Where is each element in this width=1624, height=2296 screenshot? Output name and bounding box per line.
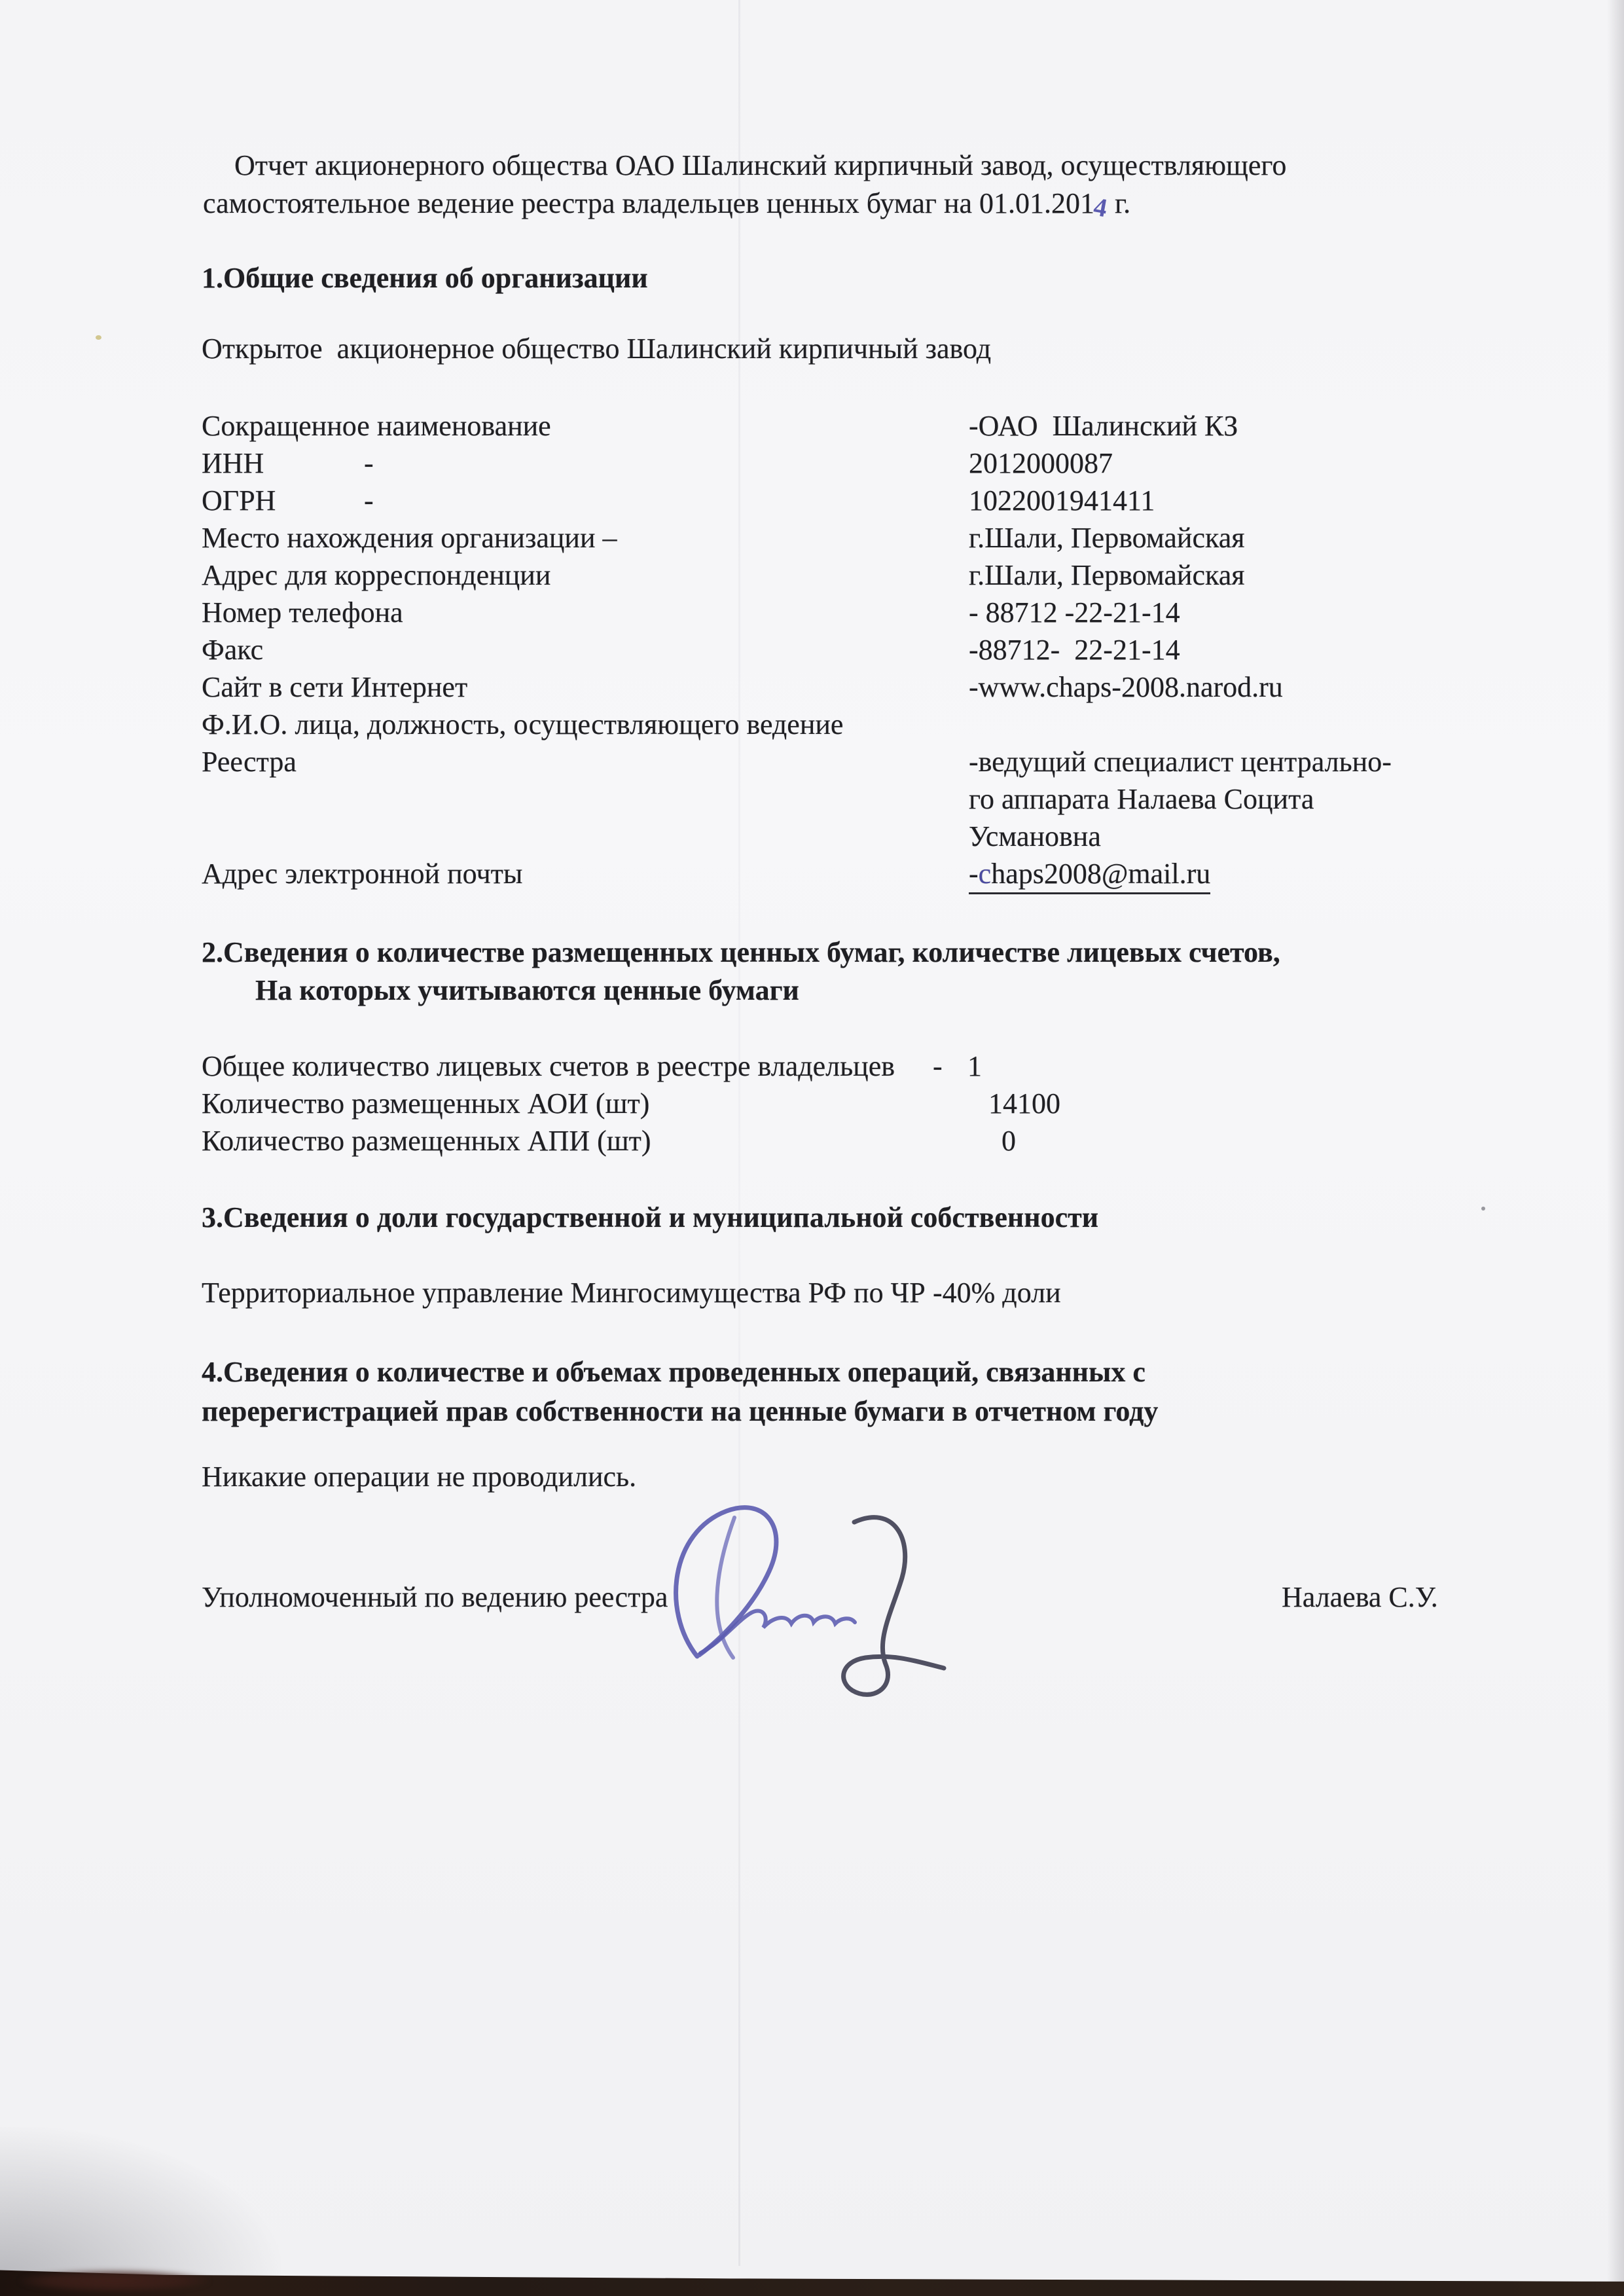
row-value: - 88712 -22-21-14	[969, 594, 1180, 631]
row-value: 2012000087	[969, 445, 1113, 482]
row-value: -ведущий специалист центрально-	[969, 743, 1392, 780]
email-value: -chaps2008@mail.ru	[969, 855, 1210, 892]
scan-speck	[1481, 1207, 1485, 1211]
row-label: Общее количество лицевых счетов в реестр…	[202, 1050, 895, 1082]
scan-speck	[96, 335, 101, 340]
row-label: Количество размещенных АОИ (шт)	[202, 1087, 649, 1120]
table-row: Сайт в сети Интернет -www.chaps-2008.nar…	[202, 668, 1543, 706]
row-dash: -	[364, 445, 374, 482]
section1-heading: 1.Общие сведения об организации	[202, 260, 648, 296]
section4-heading-line2: перерегистрацией прав собственности на ц…	[202, 1393, 1158, 1429]
row-label: ОГРН	[202, 484, 276, 517]
row-value: го аппарата Налаева Социта	[969, 780, 1314, 818]
email-handwritten-mark: c	[979, 858, 992, 890]
row-dash: -	[364, 482, 374, 519]
row-value: 0	[1001, 1122, 1016, 1159]
scan-bottom-blob	[20, 2270, 209, 2292]
email-prefix: -	[969, 858, 979, 890]
row-value: г.Шали, Первомайская	[969, 519, 1244, 556]
section4-body: Никакие операции не проводились.	[202, 1459, 636, 1495]
row-value: -40% доли	[933, 1275, 1061, 1311]
row-label: Ф.И.О. лица, должность, осуществляющего …	[202, 708, 843, 740]
table-row: Количество размещенных АОИ (шт) 14100	[202, 1085, 1543, 1122]
section1-intro: Открытое акционерное общество Шалинский …	[202, 331, 991, 367]
row-value: г.Шали, Первомайская	[969, 556, 1244, 594]
table-row: Реестра -ведущий специалист центрально-	[202, 743, 1543, 780]
section3-heading: 3.Сведения о доли государственной и муни…	[202, 1199, 1098, 1235]
row-label: Факс	[202, 634, 263, 666]
row-value: 1	[967, 1048, 982, 1085]
signature-role-label: Уполномоченный по ведению реестра	[202, 1581, 668, 1613]
paper-crease	[738, 0, 740, 2266]
signature-stroke-dark-tail	[844, 1518, 944, 1695]
report-title-line2: самостоятельное ведение реестра владельц…	[203, 185, 1130, 221]
report-title-line1: Отчет акционерного общества ОАО Шалински…	[234, 147, 1286, 183]
scanned-report-page: Отчет акционерного общества ОАО Шалински…	[0, 0, 1624, 2296]
table-row: Сокращенное наименование -ОАО Шалинский …	[202, 407, 1543, 445]
table-row: го аппарата Налаева Социта	[202, 780, 1543, 818]
row-dash: -	[933, 1048, 943, 1085]
table-row: Номер телефона - 88712 -22-21-14	[202, 594, 1543, 631]
section2-heading-line2: На которых учитываются ценные бумаги	[255, 972, 799, 1008]
row-label: Адрес для корреспонденции	[202, 559, 550, 591]
row-label: Номер телефона	[202, 596, 403, 629]
row-label: ИНН	[202, 447, 264, 479]
row-label: Адрес электронной почты	[202, 858, 522, 890]
row-value: -88712- 22-21-14	[969, 631, 1180, 668]
securities-counts-table: Общее количество лицевых счетов в реестр…	[202, 1048, 1543, 1159]
section4-heading-line1: 4.Сведения о количестве и объемах провед…	[202, 1354, 1146, 1390]
section2-heading-line1: 2.Сведения о количестве размещенных ценн…	[202, 934, 1280, 970]
table-row: Ф.И.О. лица, должность, осуществляющего …	[202, 706, 1543, 743]
row-value: 1022001941411	[969, 482, 1155, 519]
table-row: Количество размещенных АПИ (шт) 0	[202, 1122, 1543, 1159]
row-label: Территориальное управление Мингосимущест…	[202, 1277, 926, 1309]
scan-corner-shadow	[0, 2127, 281, 2278]
row-value: -www.chaps-2008.narod.ru	[969, 668, 1283, 706]
org-info-table: Сокращенное наименование -ОАО Шалинский …	[202, 407, 1543, 892]
table-row: Место нахождения организации – г.Шали, П…	[202, 519, 1543, 556]
table-row: ОГРН - 1022001941411	[202, 482, 1543, 519]
row-label: Сайт в сети Интернет	[202, 671, 467, 703]
row-label: Сокращенное наименование	[202, 410, 551, 442]
signatory-name: Налаева С.У.	[1282, 1579, 1438, 1615]
table-row: Факс -88712- 22-21-14	[202, 631, 1543, 668]
row-value: -ОАО Шалинский КЗ	[969, 407, 1238, 445]
table-row: Усмановна	[202, 818, 1543, 855]
table-row: ИНН - 2012000087	[202, 445, 1543, 482]
report-title-line2-text: самостоятельное ведение реестра владельц…	[203, 187, 1094, 219]
row-label: Реестра	[202, 746, 297, 778]
row-label: Место нахождения организации –	[202, 522, 617, 554]
email-address: haps2008@mail.ru	[991, 858, 1210, 890]
row-label: Количество размещенных АПИ (шт)	[202, 1125, 651, 1157]
state-share-row: Территориальное управление Мингосимущест…	[202, 1275, 1543, 1311]
table-row-email: Адрес электронной почты -chaps2008@mail.…	[202, 855, 1543, 892]
scan-right-edge-shadow	[1607, 0, 1624, 2296]
row-value: 14100	[988, 1085, 1060, 1122]
handwritten-signature	[635, 1493, 1015, 1715]
row-value: Усмановна	[969, 818, 1101, 855]
table-row: Адрес для корреспонденции г.Шали, Первом…	[202, 556, 1543, 594]
email-underlined: -chaps2008@mail.ru	[969, 858, 1210, 894]
table-row: Общее количество лицевых счетов в реестр…	[202, 1048, 1543, 1085]
report-title-line2-suffix: г.	[1108, 187, 1130, 219]
